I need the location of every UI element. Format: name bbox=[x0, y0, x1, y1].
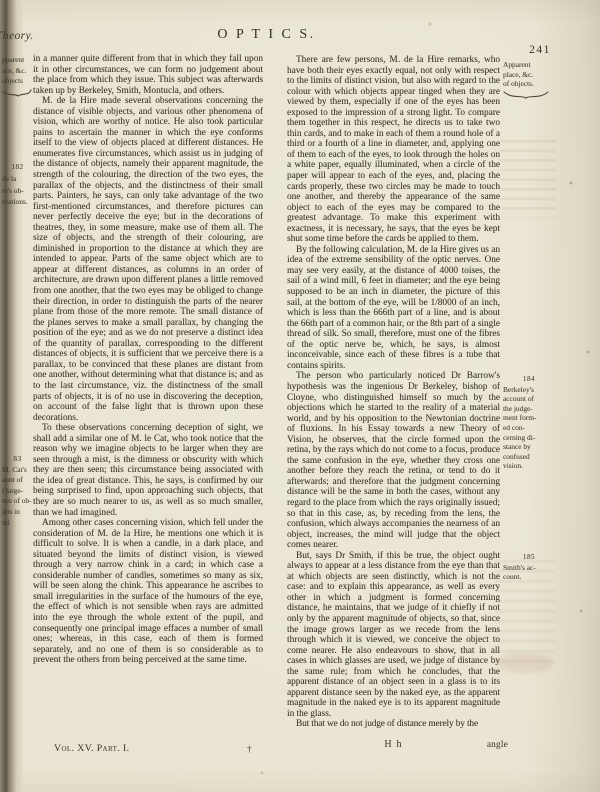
paragraph: But that we do not judge of distance mer… bbox=[287, 719, 500, 730]
margin-note-number: 182 bbox=[2, 162, 33, 173]
running-title: Theory. bbox=[0, 30, 34, 42]
margin-note-number: 83 bbox=[2, 454, 33, 465]
margin-note-smith: 185 Smith's ac-count. bbox=[503, 553, 555, 582]
dagger-mark: † bbox=[247, 744, 252, 754]
margin-note-lines: pparentace, &c.objects bbox=[2, 55, 33, 87]
book-page: Theory. O P T I C S. 241 pparentace, &c.… bbox=[0, 0, 600, 792]
right-text-column: There are few persons, M. de la Hire rem… bbox=[287, 55, 500, 730]
page-title: O P T I C S. bbox=[33, 27, 500, 43]
footer-left: Vol. XV. Part. I. † bbox=[33, 743, 263, 754]
margin-note-number: 184 bbox=[503, 375, 555, 385]
page-showthrough bbox=[500, 140, 556, 218]
underbrace-mark bbox=[2, 88, 32, 97]
margin-note-le-cat: 83 M. Cat'saunt oft large-nes of ob-jets… bbox=[2, 454, 33, 528]
margin-note-berkeley: 184 Berkeley'saccount ofthe judge-ment f… bbox=[503, 375, 555, 471]
paragraph: By the following calculation, M. de la H… bbox=[287, 245, 500, 372]
margin-note-lines: M. Cat'saunt oft large-nes of ob-jets in… bbox=[2, 465, 33, 529]
paragraph: in a manner quite different from that in… bbox=[33, 54, 263, 96]
paragraph: To these observations concerning decepti… bbox=[33, 423, 263, 518]
catchword: angle bbox=[487, 740, 508, 750]
footer-right: H h angle bbox=[287, 739, 500, 750]
margin-note-lines: Berkeley'saccount ofthe judge-ment form-… bbox=[503, 385, 555, 471]
page-number: 241 bbox=[516, 44, 564, 56]
paragraph: But, says Dr Smith, if this be true, the… bbox=[287, 551, 500, 720]
margin-note-de-la-hire: 182 de lare's ob-rvations. bbox=[2, 162, 33, 208]
book-gutter-edge bbox=[0, 0, 24, 792]
margin-note-apparent-place: Apparentplace, &c.of objects. bbox=[503, 60, 555, 99]
paragraph: Among other cases concerning vision, whi… bbox=[33, 518, 263, 666]
margin-note-lines: de lare's ob-rvations. bbox=[2, 173, 33, 207]
margin-note-lines: Apparentplace, &c.of objects. bbox=[503, 60, 555, 89]
paragraph: M. de la Hire made several observations … bbox=[33, 96, 263, 423]
signature-mark: H h bbox=[287, 739, 500, 750]
paragraph: The person who particularly noticed Dr B… bbox=[287, 371, 500, 550]
margin-note-lines: Smith's ac-count. bbox=[503, 563, 555, 582]
margin-note-number: 185 bbox=[503, 553, 555, 563]
margin-note-apparent-place-left: pparentace, &c.objects bbox=[2, 55, 33, 97]
page-stain bbox=[498, 653, 552, 673]
left-text-column: in a manner quite different from that in… bbox=[33, 54, 263, 666]
underbrace-mark bbox=[503, 90, 549, 99]
paragraph: There are few persons, M. de la Hire rem… bbox=[287, 55, 500, 245]
volume-label: Vol. XV. Part. I. bbox=[33, 743, 130, 754]
